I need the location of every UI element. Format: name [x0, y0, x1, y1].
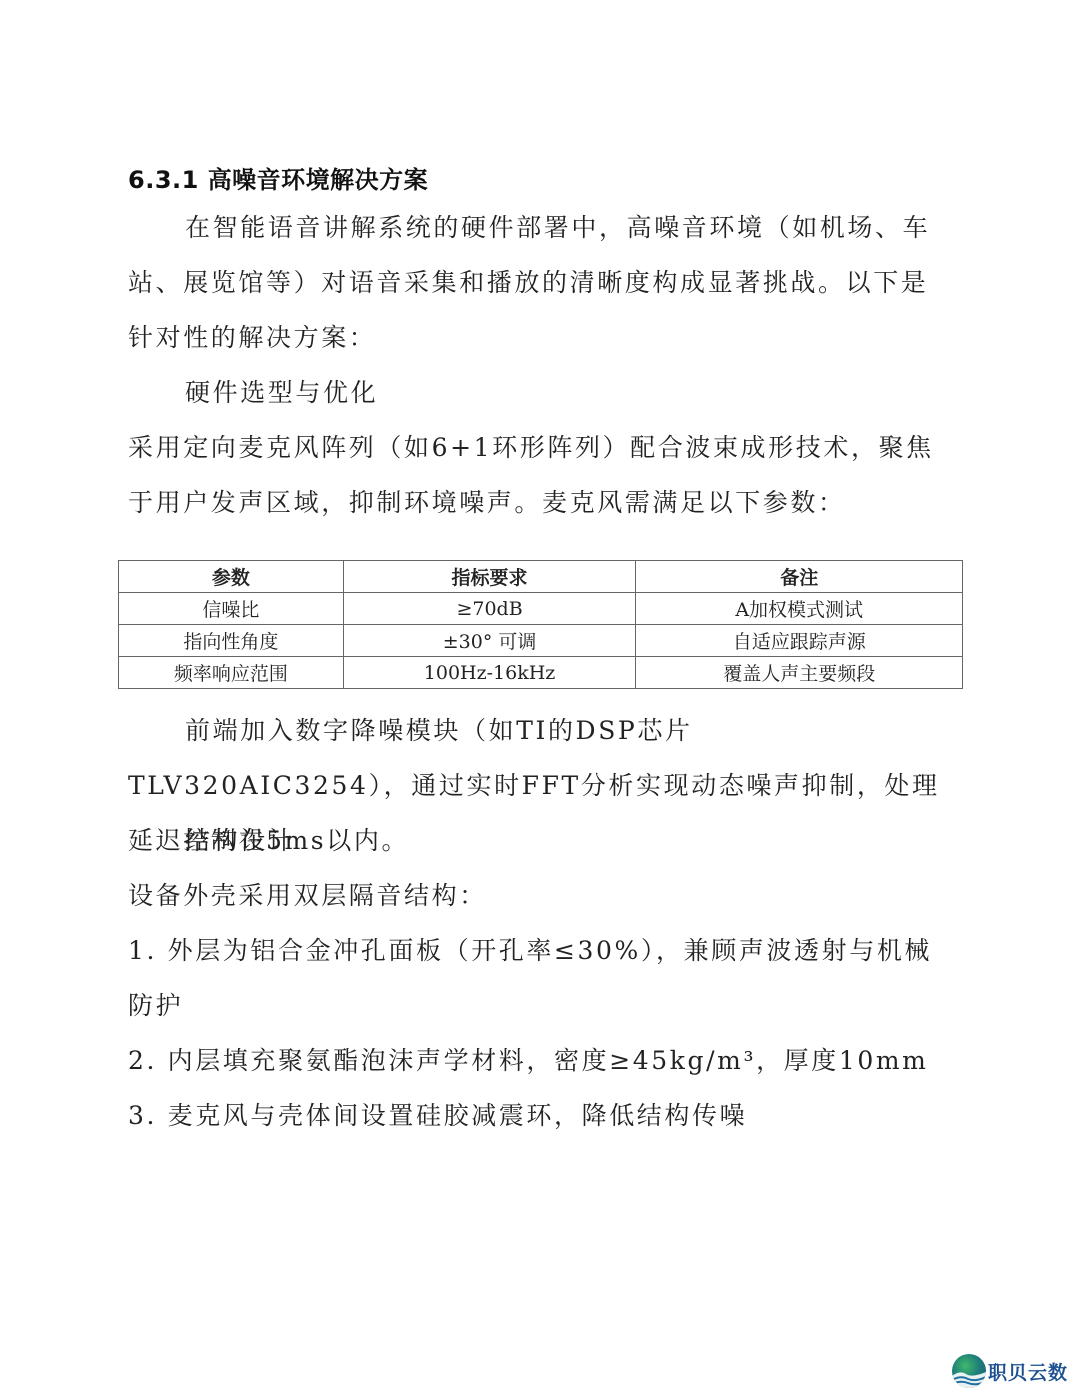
subheading-structure: 结构设计 — [128, 813, 948, 868]
table-cell: A加权模式测试 — [636, 593, 963, 625]
table-cell: 覆盖人声主要频段 — [636, 657, 963, 689]
table-header-cell: 指标要求 — [343, 561, 636, 593]
table-header-cell: 参数 — [119, 561, 344, 593]
watermark-logo: 职贝云数 — [952, 1354, 1068, 1388]
intro-paragraph: 在智能语音讲解系统的硬件部署中，高噪音环境（如机场、车站、展览馆等）对语音采集和… — [128, 200, 948, 365]
watermark-text: 职贝云数 — [988, 1358, 1068, 1385]
structure-intro: 设备外壳采用双层隔音结构： — [128, 868, 948, 923]
table-cell: 频率响应范围 — [119, 657, 344, 689]
structure-item-1: 1. 外层为铝合金冲孔面板（开孔率≤30%），兼顾声波透射与机械防护 — [128, 923, 948, 1033]
table-row: 信噪比 ≥70dB A加权模式测试 — [119, 593, 963, 625]
hardware-paragraph: 采用定向麦克风阵列（如6+1环形阵列）配合波束成形技术，聚焦于用户发声区域，抑制… — [128, 420, 948, 530]
wave-globe-icon — [952, 1354, 986, 1388]
table-cell: 信噪比 — [119, 593, 344, 625]
table-cell: 100Hz-16kHz — [343, 657, 636, 689]
structure-item-2: 2. 内层填充聚氨酯泡沫声学材料，密度≥45kg/m³，厚度10mm — [128, 1033, 948, 1088]
table-cell: 自适应跟踪声源 — [636, 625, 963, 657]
structure-item-3: 3. 麦克风与壳体间设置硅胶减震环，降低结构传噪 — [128, 1088, 948, 1143]
mic-parameters-table: 参数 指标要求 备注 信噪比 ≥70dB A加权模式测试 指向性角度 ±30° … — [118, 560, 963, 689]
section-heading: 6.3.1 高噪音环境解决方案 — [128, 160, 428, 195]
subheading-hardware: 硬件选型与优化 — [128, 365, 948, 420]
table-cell: ±30° 可调 — [343, 625, 636, 657]
table-header-row: 参数 指标要求 备注 — [119, 561, 963, 593]
table-row: 指向性角度 ±30° 可调 自适应跟踪声源 — [119, 625, 963, 657]
table-cell: ≥70dB — [343, 593, 636, 625]
table-header-cell: 备注 — [636, 561, 963, 593]
table-cell: 指向性角度 — [119, 625, 344, 657]
table-row: 频率响应范围 100Hz-16kHz 覆盖人声主要频段 — [119, 657, 963, 689]
